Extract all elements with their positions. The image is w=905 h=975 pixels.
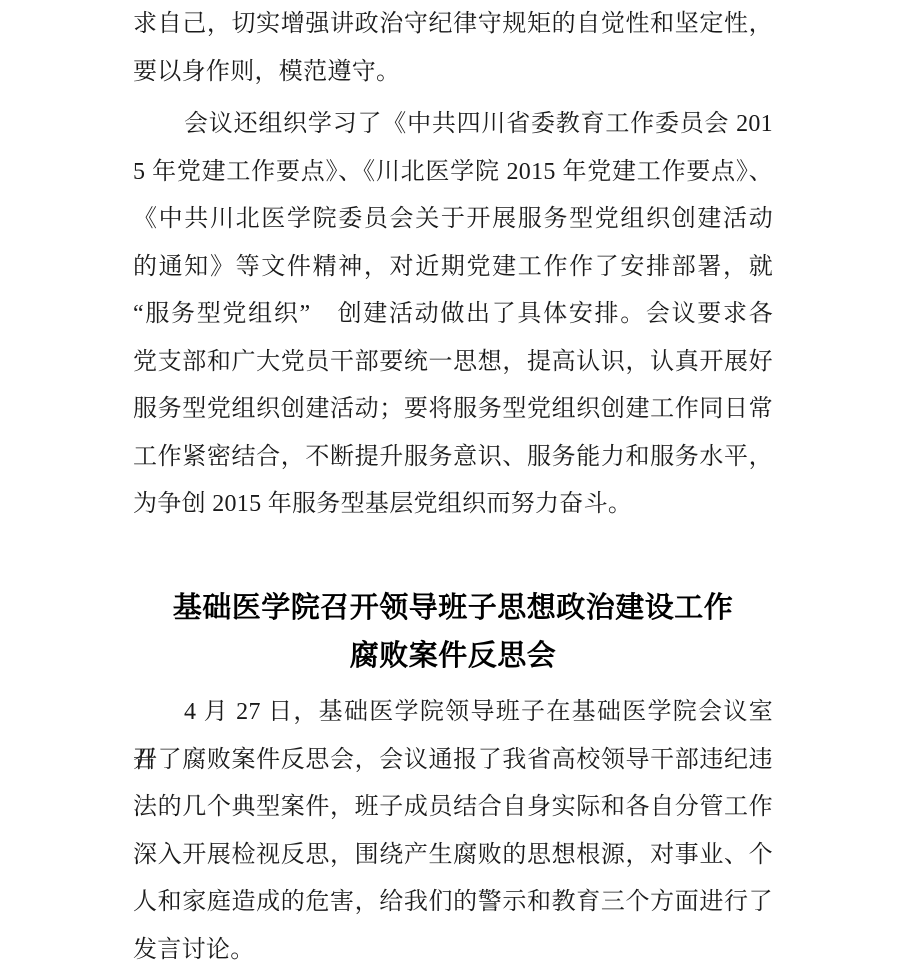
text-line: 的通知》等文件精神，对近期党建工作作了安排部署，就 [133,244,773,292]
text-line: 求自己，切实增强讲政治守纪律守规矩的自觉性和坚定性， [133,1,773,49]
text-line: 法的几个典型案件，班子成员结合自身实际和各自分管工作 [133,784,773,832]
text-line: “服务型党组织” 创建活动做出了具体安排。会议要求各 [133,291,773,339]
text-line: 4 月 27 日，基础医学院领导班子在基础医学院会议室召 [133,689,773,737]
text-line: 深入开展检视反思，围绕产生腐败的思想根源，对事业、个 [133,832,773,880]
heading-line-2: 腐败案件反思会 [133,633,773,681]
text-line: 《中共川北医学院委员会关于开展服务型党组织创建活动 [133,196,773,244]
text-line: 为争创 2015 年服务型基层党组织而努力奋斗。 [133,481,773,529]
text-column: 求自己，切实增强讲政治守纪律守规矩的自觉性和坚定性， 要以身作则，模范遵守。 会… [133,0,773,975]
text-line: 会议还组织学习了《中共四川省委教育工作委员会 201 [133,101,773,149]
heading-line-1: 基础医学院召开领导班子思想政治建设工作 [133,585,773,633]
section-heading: 基础医学院召开领导班子思想政治建设工作 腐败案件反思会 [133,585,773,680]
text-line: 开了腐败案件反思会，会议通报了我省高校领导干部违纪违 [133,737,773,785]
text-line: 工作紧密结合，不断提升服务意识、服务能力和服务水平， [133,434,773,482]
document-page[interactable]: 求自己，切实增强讲政治守纪律守规矩的自觉性和坚定性， 要以身作则，模范遵守。 会… [0,0,905,975]
paragraph-meeting-study: 会议还组织学习了《中共四川省委教育工作委员会 201 5 年党建工作要点》、《川… [133,101,773,529]
text-line: 要以身作则，模范遵守。 [133,49,773,97]
text-line: 5 年党建工作要点》、《川北医学院 2015 年党建工作要点》、 [133,149,773,197]
text-line: 党支部和广大党员干部要统一思想，提高认识，认真开展好 [133,339,773,387]
text-line: 服务型党组织创建活动；要将服务型党组织创建工作同日常 [133,386,773,434]
paragraph-reflection-meeting: 4 月 27 日，基础医学院领导班子在基础医学院会议室召 开了腐败案件反思会，会… [133,689,773,974]
text-line: 发言讨论。 [133,927,773,975]
text-line: 人和家庭造成的危害，给我们的警示和教育三个方面进行了 [133,879,773,927]
paragraph-continuation: 求自己，切实增强讲政治守纪律守规矩的自觉性和坚定性， 要以身作则，模范遵守。 [133,1,773,96]
